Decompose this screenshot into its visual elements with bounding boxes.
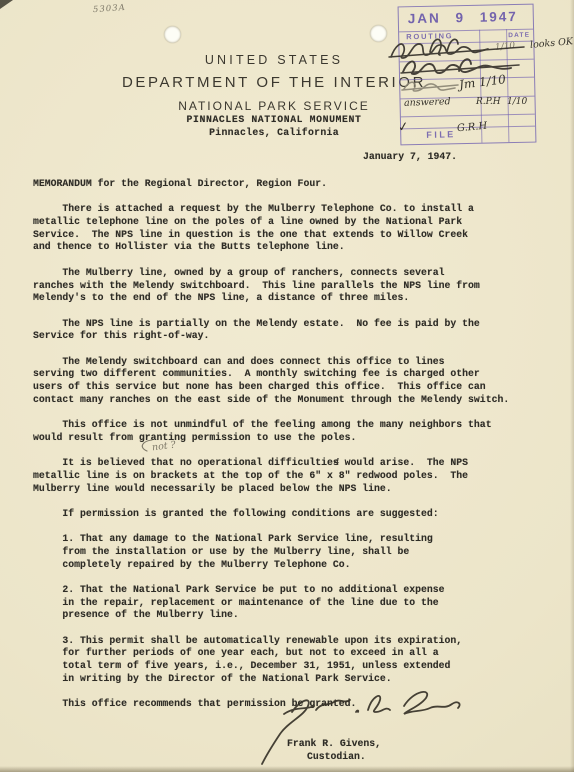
typed-line: for further periods of one year each, bu…: [33, 647, 563, 660]
typed-line: The Mulberry line, owned by a group of r…: [33, 267, 563, 280]
stamp-rule: [400, 59, 534, 63]
typed-line: [33, 686, 563, 699]
typed-signature-name: Frank R. Givens,: [287, 738, 381, 749]
typed-line: [33, 343, 563, 356]
typed-line: This office is not unmindful of the feel…: [33, 419, 563, 432]
typed-line: serving two different communities. A mon…: [33, 368, 563, 381]
routing-answered: answered: [404, 96, 451, 109]
typed-line: If permission is granted the following c…: [33, 508, 563, 521]
typed-line: Service. The NPS line in question is the…: [33, 229, 563, 242]
routing-row1-date: 1/10: [495, 41, 516, 53]
typed-line: [33, 254, 563, 267]
typed-line: There is attached a request by the Mulbe…: [33, 203, 563, 216]
typed-line: presence of the Mulberry line.: [33, 609, 563, 622]
page-edge-shadow: [0, 766, 574, 772]
typed-line: This office recommends that permission b…: [33, 698, 563, 711]
routing-answered-date: 1/10: [507, 97, 527, 107]
typed-line: metallic line is on brackets at the top …: [33, 470, 563, 483]
typed-signature-title: Custodian.: [307, 751, 366, 762]
typed-line: Mulberry line would necessarily be place…: [33, 483, 563, 496]
typed-line: The NPS line is partially on the Melendy…: [33, 318, 563, 331]
stamp-date-header: DATE: [508, 31, 530, 38]
typed-line: contact many ranches on the east side of…: [33, 394, 563, 407]
typed-line: [33, 305, 563, 318]
typed-line: [33, 622, 563, 635]
typed-line: in the repair, replacement or maintenanc…: [33, 597, 563, 610]
typed-line: 1. That any damage to the National Park …: [33, 533, 563, 546]
typed-line: ranches with the Melendy switchboard. Th…: [33, 280, 563, 293]
memo-date: January 7, 1947.: [363, 151, 457, 162]
stamp-received-date: JAN 9 1947: [408, 9, 518, 26]
punch-hole-left: [164, 26, 181, 43]
routing-file-checkmark: ✓: [397, 119, 410, 135]
typed-line: total term of five years, i.e., December…: [33, 660, 563, 673]
typed-line: [33, 444, 563, 457]
typed-line: from the installation or use by the Mulb…: [33, 546, 563, 559]
typed-line: would result from granting permission to…: [33, 432, 563, 445]
stamp-rule: [401, 114, 535, 118]
page-edge-shadow: [570, 0, 574, 772]
typed-line: [33, 571, 563, 584]
typed-line: [33, 406, 563, 419]
typed-line: 2. That the National Park Service be put…: [33, 584, 563, 597]
pole-width-correction: 4: [334, 458, 340, 468]
paper-corner-mark: [0, 0, 13, 9]
typed-line: Service for this right-of-way.: [33, 330, 563, 343]
typed-line: 3. This permit shall be automatically re…: [33, 635, 563, 648]
typed-line: users of this service but none has been …: [33, 381, 563, 394]
typed-line: [33, 495, 563, 508]
routing-row1-note: looks OK: [530, 36, 574, 51]
typed-line: MEMORANDUM for the Regional Director, Re…: [33, 178, 563, 191]
punch-hole-right: [370, 25, 387, 42]
typed-line: metallic telephone line on the poles of …: [33, 216, 563, 229]
typed-line: It is believed that no operational diffi…: [33, 457, 563, 470]
typed-line: completely repaired by the Mulberry Tele…: [33, 559, 563, 572]
memo-body: MEMORANDUM for the Regional Director, Re…: [33, 178, 563, 711]
memo-page: 5303A UNITED STATES DEPARTMENT OF THE IN…: [0, 0, 574, 772]
typed-line: [33, 521, 563, 534]
typed-line: The Melendy switchboard can and does con…: [33, 356, 563, 369]
routing-answered-initials: R.P.H: [476, 97, 501, 107]
stamp-file-label: FILE: [426, 129, 456, 140]
typed-line: in writing by the Director of the Nation…: [33, 673, 563, 686]
typed-line: and thence to Hollister via the Butts te…: [33, 241, 563, 254]
stamp-routing-header: ROUTING: [406, 31, 453, 41]
corner-file-number: 5303A: [93, 3, 126, 15]
typed-line: [33, 191, 563, 204]
typed-line: Melendy's to the end of the NPS line, a …: [33, 292, 563, 305]
